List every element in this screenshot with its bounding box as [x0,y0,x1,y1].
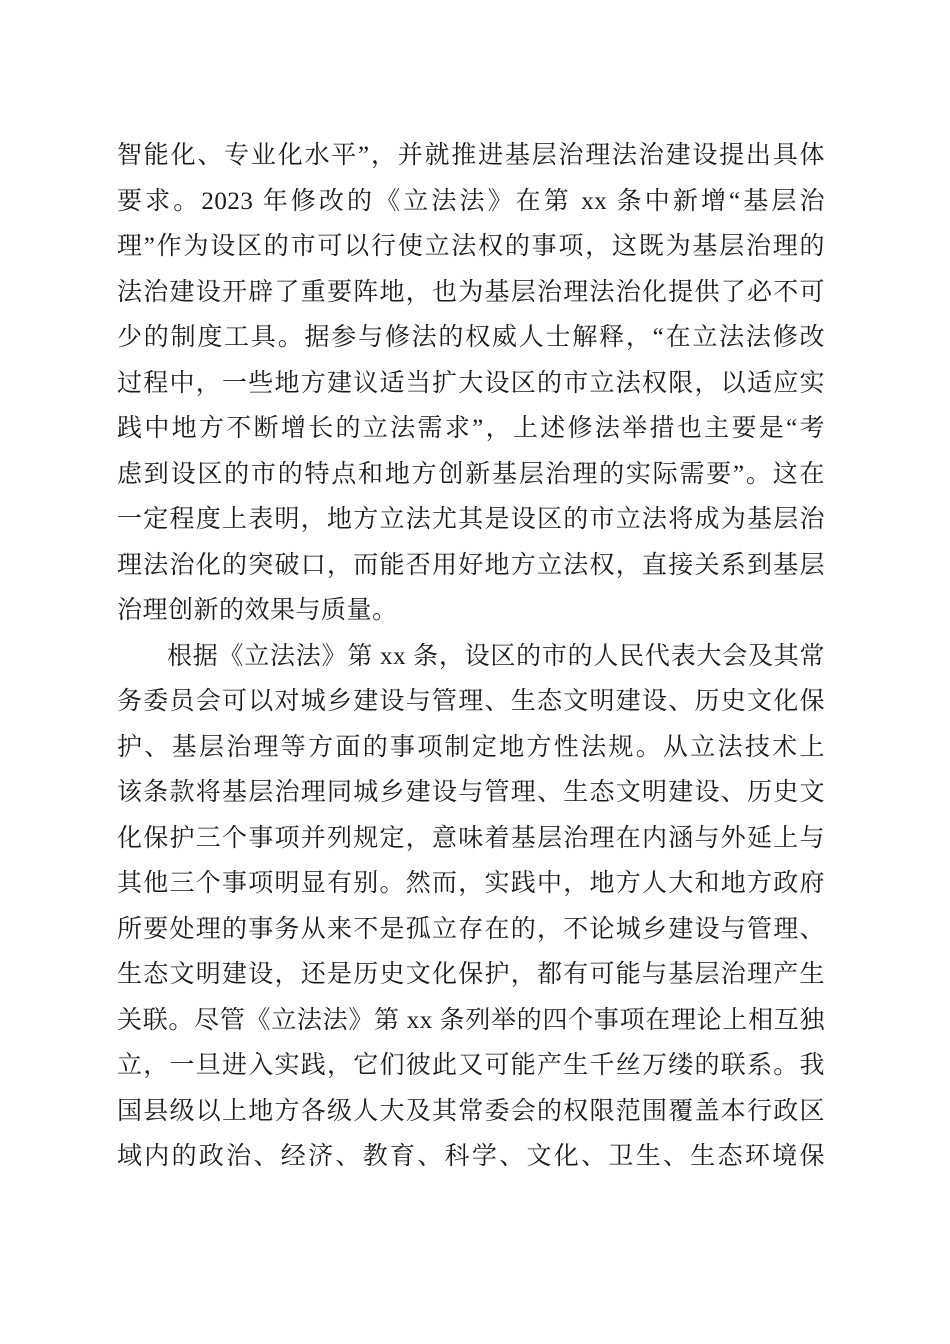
text-line: 虑到设区的市的特点和地方创新基层治理的实际需要”。这在 [117,452,825,498]
text-line: 生态文明建设，还是历史文化保护，都有可能与基层治理产生 [117,952,825,998]
text-line: 化保护三个事项并列规定，意味着基层治理在内涵与外延上与 [117,816,825,862]
text-line: 国县级以上地方各级人大及其常委会的权限范围覆盖本行政区 [117,1089,825,1135]
text-line: 根据《立法法》第 xx 条，设区的市的人民代表大会及其常 [117,634,825,680]
paragraph: 根据《立法法》第 xx 条，设区的市的人民代表大会及其常务委员会可以对城乡建设与… [117,634,825,1180]
document-body-text: 智能化、专业化水平”，并就推进基层治理法治建设提出具体要求。2023 年修改的《… [117,133,825,1180]
text-line: 智能化、专业化水平”，并就推进基层治理法治建设提出具体 [117,133,825,179]
text-line: 所要处理的事务从来不是孤立存在的，不论城乡建设与管理、 [117,907,825,953]
text-line: 过程中，一些地方建议适当扩大设区的市立法权限，以适应实 [117,361,825,407]
text-line: 关联。尽管《立法法》第 xx 条列举的四个事项在理论上相互独 [117,998,825,1044]
text-line: 少的制度工具。据参与修法的权威人士解释，“在立法法修改 [117,315,825,361]
paragraph: 智能化、专业化水平”，并就推进基层治理法治建设提出具体要求。2023 年修改的《… [117,133,825,634]
text-line: 立，一旦进入实践，它们彼此又可能产生千丝万缕的联系。我 [117,1043,825,1089]
text-line: 其他三个事项明显有别。然而，实践中，地方人大和地方政府 [117,861,825,907]
text-line: 务委员会可以对城乡建设与管理、生态文明建设、历史文化保 [117,679,825,725]
document-page: 智能化、专业化水平”，并就推进基层治理法治建设提出具体要求。2023 年修改的《… [0,0,950,1344]
text-line: 要求。2023 年修改的《立法法》在第 xx 条中新增“基层治 [117,179,825,225]
text-line: 该条款将基层治理同城乡建设与管理、生态文明建设、历史文 [117,770,825,816]
text-line: 治理创新的效果与质量。 [117,588,825,634]
text-line: 法治建设开辟了重要阵地，也为基层治理法治化提供了必不可 [117,270,825,316]
text-line: 理”作为设区的市可以行使立法权的事项，这既为基层治理的 [117,224,825,270]
text-line: 域内的政治、经济、教育、科学、文化、卫生、生态环境保护、 [117,1134,825,1180]
text-line: 理法治化的突破口，而能否用好地方立法权，直接关系到基层 [117,543,825,589]
text-line: 护、基层治理等方面的事项制定地方性法规。从立法技术上看， [117,725,825,771]
text-line: 践中地方不断增长的立法需求”，上述修法举措也主要是“考 [117,406,825,452]
text-line: 一定程度上表明，地方立法尤其是设区的市立法将成为基层治 [117,497,825,543]
